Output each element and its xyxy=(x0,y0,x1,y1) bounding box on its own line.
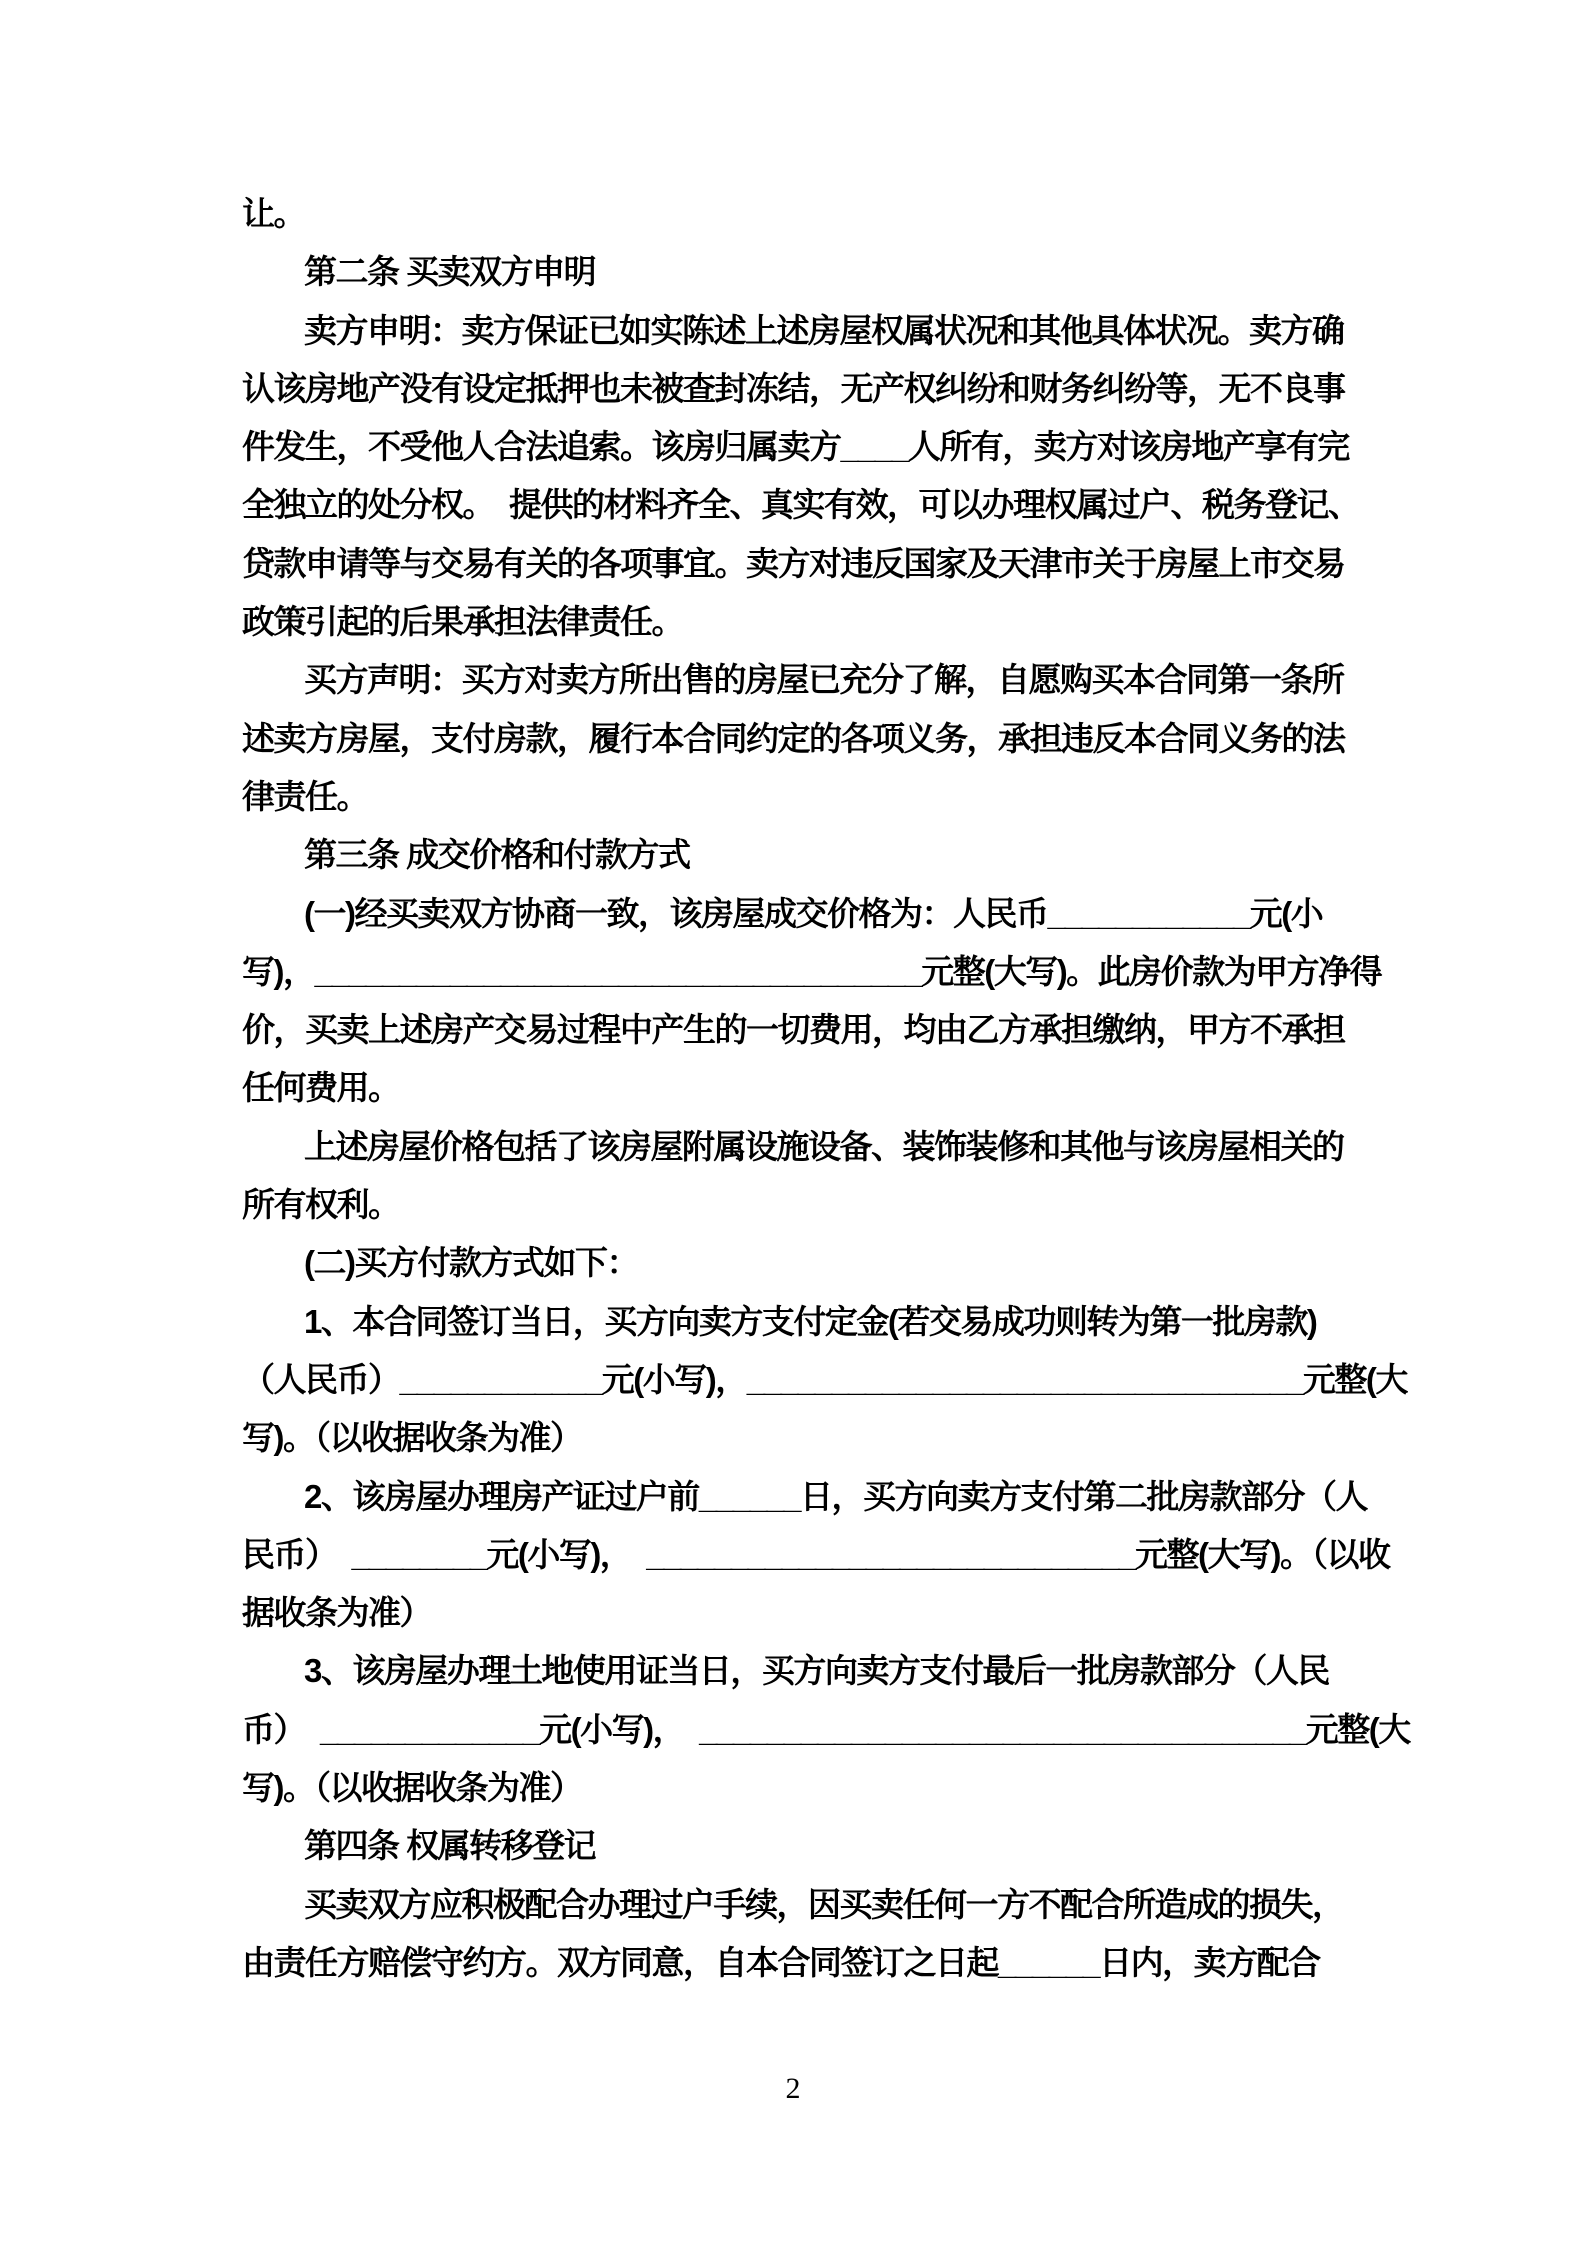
text-line: 3、该房屋办理土地使用证当日，买方向卖方支付最后一批房款部分（人民 xyxy=(242,1642,1362,1700)
text-line: 2、该房屋办理房产证过户前______日，买方向卖方支付第二批房款部分（人 xyxy=(242,1468,1362,1526)
text-line: （人民币）____________元(小写)，_________________… xyxy=(242,1351,1362,1409)
text-line: 写)。（以收据收条为准） xyxy=(242,1759,1362,1817)
text-line: 据收条为准） xyxy=(242,1584,1362,1642)
text-line: 贷款申请等与交易有关的各项事宜。卖方对违反国家及天津市关于房屋上市交易 xyxy=(242,535,1362,593)
text-line: (一)经买卖双方协商一致，该房屋成交价格为：人民币____________元(小 xyxy=(242,885,1362,943)
text-line: 件发生，不受他人合法追索。该房归属卖方____人所有，卖方对该房地产享有完 xyxy=(242,418,1362,476)
document-page: 让。 第二条 买卖双方申明 卖方申明：卖方保证已如实陈述上述房屋权属状况和其他具… xyxy=(0,0,1586,2244)
text-line: 买卖双方应积极配合办理过户手续，因买卖任何一方不配合所造成的损失， xyxy=(242,1876,1362,1934)
text-line: (二)买方付款方式如下： xyxy=(242,1234,1362,1292)
section-heading-article-4: 第四条 权属转移登记 xyxy=(242,1817,1362,1875)
section-heading-article-2: 第二条 买卖双方申明 xyxy=(242,243,1362,301)
text-line: 让。 xyxy=(242,185,1362,243)
text-line: 写)，____________________________________元… xyxy=(242,943,1362,1001)
contract-body: 让。 第二条 买卖双方申明 卖方申明：卖方保证已如实陈述上述房屋权属状况和其他具… xyxy=(242,185,1362,1992)
text-line: 政策引起的后果承担法律责任。 xyxy=(242,593,1362,651)
text-line: 律责任。 xyxy=(242,768,1362,826)
text-line: 卖方申明：卖方保证已如实陈述上述房屋权属状况和其他具体状况。卖方确 xyxy=(242,302,1362,360)
text-line: 价，买卖上述房产交易过程中产生的一切费用，均由乙方承担缴纳，甲方不承担 xyxy=(242,1001,1362,1059)
text-line: 买方声明：买方对卖方所出售的房屋已充分了解，自愿购买本合同第一条所 xyxy=(242,651,1362,709)
text-line: 币） _____________元(小写)， _________________… xyxy=(242,1701,1362,1759)
page-number: 2 xyxy=(0,2072,1586,2106)
text-line: 全独立的处分权。 提供的材料齐全、真实有效，可以办理权属过户、税务登记、 xyxy=(242,476,1362,534)
text-line: 上述房屋价格包括了该房屋附属设施设备、装饰装修和其他与该房屋相关的 xyxy=(242,1118,1362,1176)
text-line: 述卖方房屋，支付房款，履行本合同约定的各项义务，承担违反本合同义务的法 xyxy=(242,710,1362,768)
section-heading-article-3: 第三条 成交价格和付款方式 xyxy=(242,826,1362,884)
text-line: 写)。（以收据收条为准） xyxy=(242,1409,1362,1467)
text-line: 认该房地产没有设定抵押也未被查封冻结，无产权纠纷和财务纠纷等，无不良事 xyxy=(242,360,1362,418)
text-line: 任何费用。 xyxy=(242,1059,1362,1117)
text-line: 所有权利。 xyxy=(242,1176,1362,1234)
text-line: 1、本合同签订当日，买方向卖方支付定金(若交易成功则转为第一批房款) xyxy=(242,1293,1362,1351)
text-line: 由责任方赔偿守约方。双方同意，自本合同签订之日起______日内，卖方配合 xyxy=(242,1934,1362,1992)
text-line: 民币） ________元(小写)， _____________________… xyxy=(242,1526,1362,1584)
